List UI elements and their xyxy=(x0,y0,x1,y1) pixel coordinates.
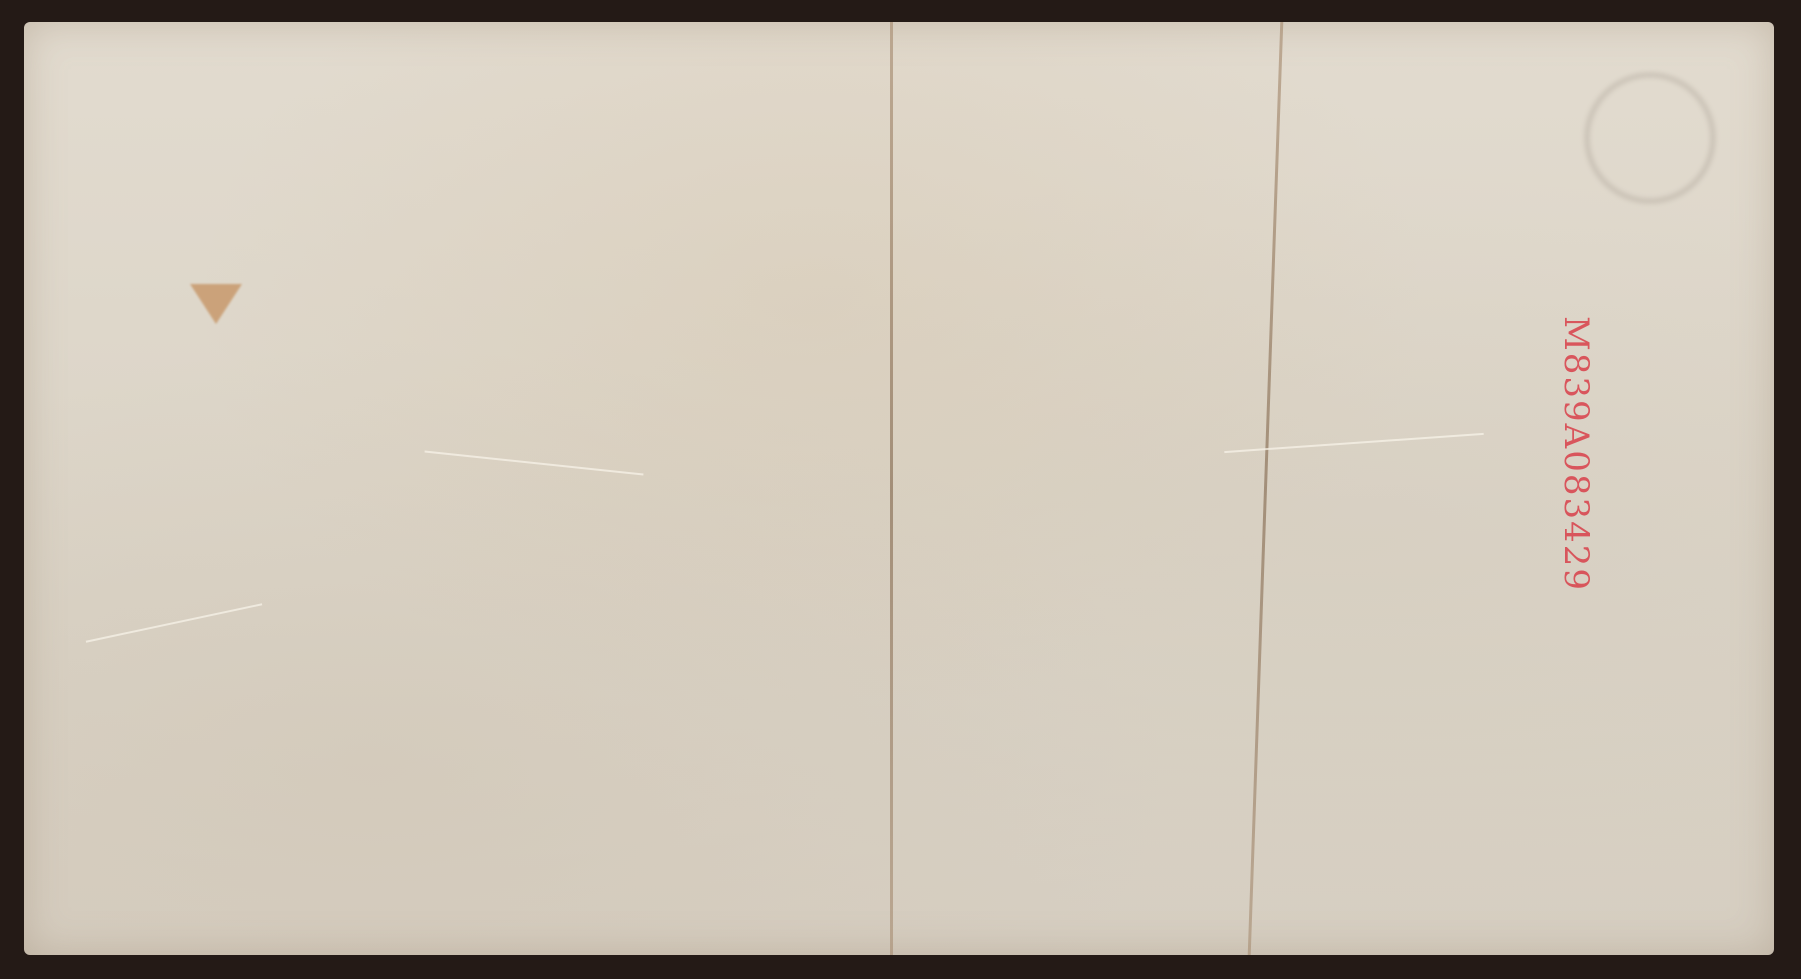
fold-line xyxy=(1248,22,1284,955)
crease xyxy=(424,451,643,476)
serial-number-stamp: M839A083429 xyxy=(1556,284,1596,624)
crease xyxy=(86,603,262,642)
banknote: M839A083429 xyxy=(24,22,1774,955)
serial-number: M839A083429 xyxy=(1556,316,1596,592)
stain xyxy=(190,284,242,324)
fold-line xyxy=(890,22,893,955)
crease xyxy=(1224,433,1484,453)
watermark-circle xyxy=(1584,72,1716,204)
show-through-text-top xyxy=(144,72,177,123)
